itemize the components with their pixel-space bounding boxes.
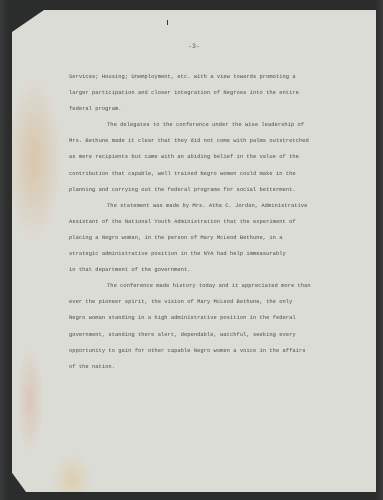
text-line: Mrs. Bethune made it clear that they did…: [69, 133, 347, 149]
text-line: planning and carrying out the federal pr…: [69, 182, 347, 198]
text-line: strategic administrative position in the…: [69, 246, 347, 262]
text-line: contribution that capable, well trained …: [69, 166, 347, 182]
text-line: government, standing there alert, depend…: [69, 327, 347, 343]
text-line: opportunity to gain for other capable Ne…: [69, 343, 347, 359]
text-line: The conference made history today and it…: [69, 278, 347, 294]
page-mark: [167, 20, 168, 25]
text-line: of the nation.: [69, 359, 347, 375]
text-line: as mere recipients but came with an abid…: [69, 149, 347, 165]
document-body: Services; Housing; Unemployment, etc. wi…: [69, 69, 347, 375]
text-line: Services; Housing; Unemployment, etc. wi…: [69, 69, 347, 85]
typewritten-page: -3- Services; Housing; Unemployment, etc…: [12, 10, 376, 492]
text-line: federal program.: [69, 101, 347, 117]
text-line: The delegates to the conference under th…: [69, 117, 347, 133]
scan-background: -3- Services; Housing; Unemployment, etc…: [0, 0, 383, 500]
text-line: larger participation and closer integrat…: [69, 85, 347, 101]
text-line: ever the pioneer spirit, the vision of M…: [69, 294, 347, 310]
text-line: The statement was made by Mrs. Atha C. J…: [69, 198, 347, 214]
text-line: in that department of the government.: [69, 262, 347, 278]
page-number: -3-: [12, 43, 376, 50]
text-line: Assistant of the National Youth Administ…: [69, 214, 347, 230]
text-line: placing a Negro woman, in the person of …: [69, 230, 347, 246]
text-line: Negro woman standing in a high administr…: [69, 310, 347, 326]
